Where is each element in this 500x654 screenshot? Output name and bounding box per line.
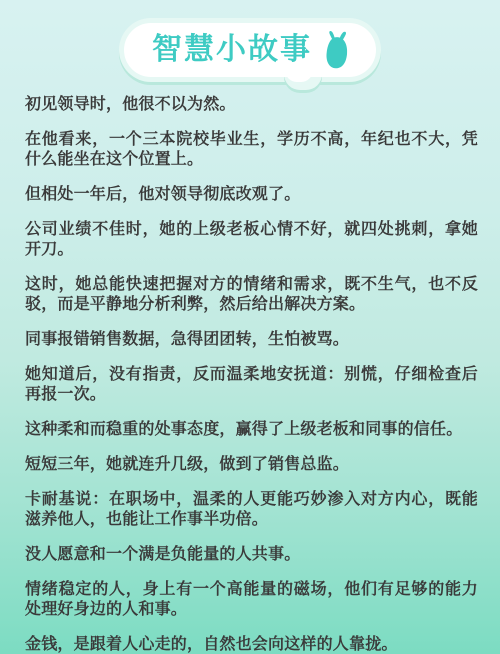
story-paragraph: 这时，她总能快速把握对方的情绪和需求，既不生气，也不反驳，而是平静地分析利弊，然… <box>25 275 478 315</box>
title-badge-pill: 智慧小故事 <box>124 23 376 77</box>
header: 智慧小故事 <box>0 0 500 82</box>
story-paragraph: 她知道后，没有指责，反而温柔地安抚道：别慌，仔细检查后再报一次。 <box>25 365 478 405</box>
story-paragraph: 没人愿意和一个满是负能量的人共事。 <box>25 545 478 565</box>
title-badge: 智慧小故事 <box>119 18 381 82</box>
story-card: { "page": { "width": 500, "height": 654,… <box>0 0 500 654</box>
story-paragraph: 金钱，是跟着人心走的，自然也会向这样的人靠拢。 <box>25 635 478 654</box>
page-title: 智慧小故事 <box>152 31 312 69</box>
story-paragraph: 卡耐基说：在职场中，温柔的人更能巧妙渗入对方内心，既能滋养他人，也能让工作事半功… <box>25 490 478 530</box>
story-body: 初见领导时，他很不以为然。 在他看来，一个三本院校毕业生，学历不高，年纪也不大，… <box>0 82 500 654</box>
story-paragraph: 初见领导时，他很不以为然。 <box>25 95 478 115</box>
story-paragraph: 同事报错销售数据，急得团团转，生怕被骂。 <box>25 330 478 350</box>
story-paragraph: 公司业绩不佳时，她的上级老板心情不好，就四处挑刺，拿她开刀。 <box>25 220 478 260</box>
story-paragraph: 但相处一年后，他对领导彻底改观了。 <box>25 185 478 205</box>
story-paragraph: 在他看来，一个三本院校毕业生，学历不高，年纪也不大，凭什么能坐在这个位置上。 <box>25 130 478 170</box>
story-paragraph: 短短三年，她就连升几级，做到了销售总监。 <box>25 455 478 475</box>
story-paragraph: 情绪稳定的人，身上有一个高能量的磁场，他们有足够的能力处理好身边的人和事。 <box>25 580 478 620</box>
fish-icon <box>322 30 352 70</box>
story-paragraph: 这种柔和而稳重的处事态度，赢得了上级老板和同事的信任。 <box>25 420 478 440</box>
